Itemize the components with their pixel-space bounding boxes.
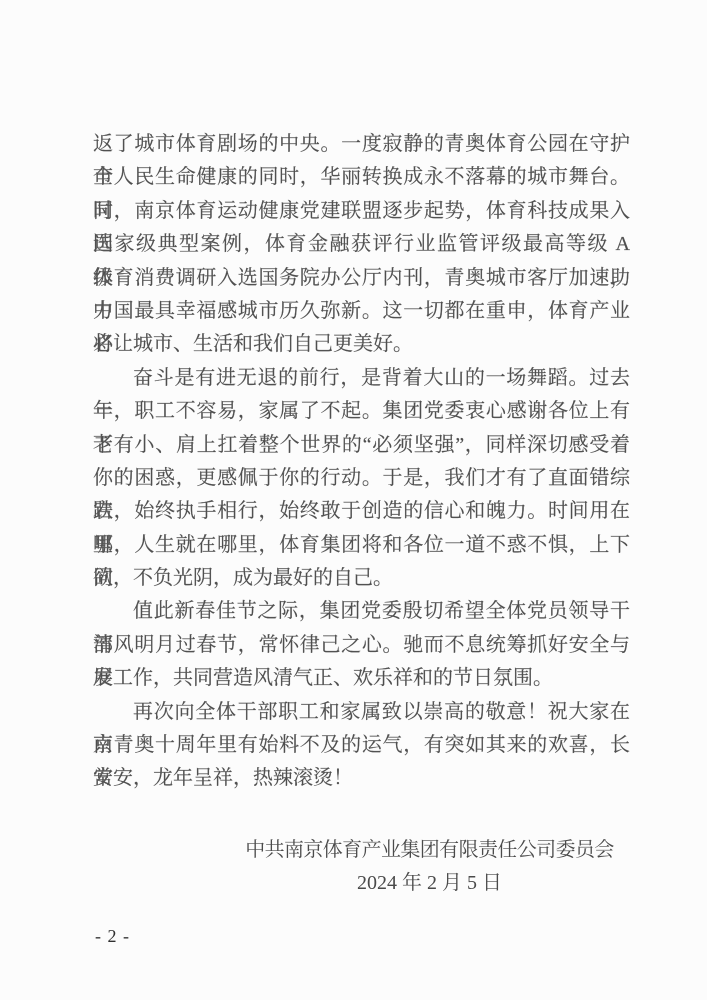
text-line: 欲，不负光阴，成为最好的自己。 [93,562,630,595]
text-line: 里，人生就在哪里，体育集团将和各位一道不惑不惧，上下同 [93,529,630,562]
text-line: 京青奥十周年里有始料不及的运气，有突如其来的欢喜，长安 [93,729,630,762]
text-line: 再次向全体干部职工和家属致以崇高的敬意！祝大家在南 [93,696,630,729]
text-line: 下有小、肩上扛着整个世界的“必须坚强”，同样深切感受着 [93,429,630,462]
paragraph: 返了城市体育剧场的中央。一度寂静的青奥体育公园在守护全市人民生命健康的同时，华丽… [93,128,630,362]
text-line: 国家级典型案例，体育金融获评行业监管评级最高等级 A 级， [93,228,630,261]
text-line: 你的困惑，更感佩于你的行动。于是，我们才有了直面错综跌 [93,462,630,495]
text-line: 常安，龙年呈祥，热辣滚烫！ [93,762,630,795]
document-body: 返了城市体育剧场的中央。一度寂静的青奥体育公园在守护全市人民生命健康的同时，华丽… [93,128,630,900]
signature-block: 中共南京体育产业集团有限责任公司委员会 2024 年 2 月 5 日 [161,834,698,900]
paragraph: 再次向全体干部职工和家属致以崇高的敬意！祝大家在南京青奥十周年里有始料不及的运气… [93,696,630,796]
paragraphs-container: 返了城市体育剧场的中央。一度寂静的青奥体育公园在守护全市人民生命健康的同时，华丽… [93,128,630,796]
text-line: 展工作，共同营造风清气正、欢乐祥和的节日氛围。 [93,662,630,695]
text-line: 中国最具幸福感城市历久弥新。这一切都在重申，体育产业必 [93,295,630,328]
text-line: 宕，始终执手相行，始终敢于创造的信心和魄力。时间用在哪 [93,495,630,528]
text-line: 奋斗是有进无退的前行，是背着大山的一场舞蹈。过去一 [93,362,630,395]
document-page: 返了城市体育剧场的中央。一度寂静的青奥体育公园在守护全市人民生命健康的同时，华丽… [0,0,707,1000]
text-line: 市人民生命健康的同时，华丽转换成永不落幕的城市舞台。同 [93,161,630,194]
paragraph: 值此新春佳节之际，集团党委殷切希望全体党员领导干部清风明月过春节，常怀律己之心。… [93,595,630,695]
signature: 中共南京体育产业集团有限责任公司委员会 [161,834,698,867]
text-line: 时，南京体育运动健康党建联盟逐步起势，体育科技成果入选 [93,195,630,228]
text-line: 值此新春佳节之际，集团党委殷切希望全体党员领导干部 [93,595,630,628]
paragraph: 奋斗是有进无退的前行，是背着大山的一场舞蹈。过去一年，职工不容易，家属了不起。集… [93,362,630,596]
text-line: 年，职工不容易，家属了不起。集团党委衷心感谢各位上有老 [93,395,630,428]
text-line: 清风明月过春节，常怀律己之心。驰而不息统筹抓好安全与发 [93,629,630,662]
date: 2024 年 2 月 5 日 [161,867,698,900]
text-line: 体育消费调研入选国务院办公厅内刊，青奥城市客厅加速助力 [93,262,630,295]
text-line: 将让城市、生活和我们自己更美好。 [93,328,630,361]
text-line: 返了城市体育剧场的中央。一度寂静的青奥体育公园在守护全 [93,128,630,161]
page-number: - 2 - [95,925,130,947]
